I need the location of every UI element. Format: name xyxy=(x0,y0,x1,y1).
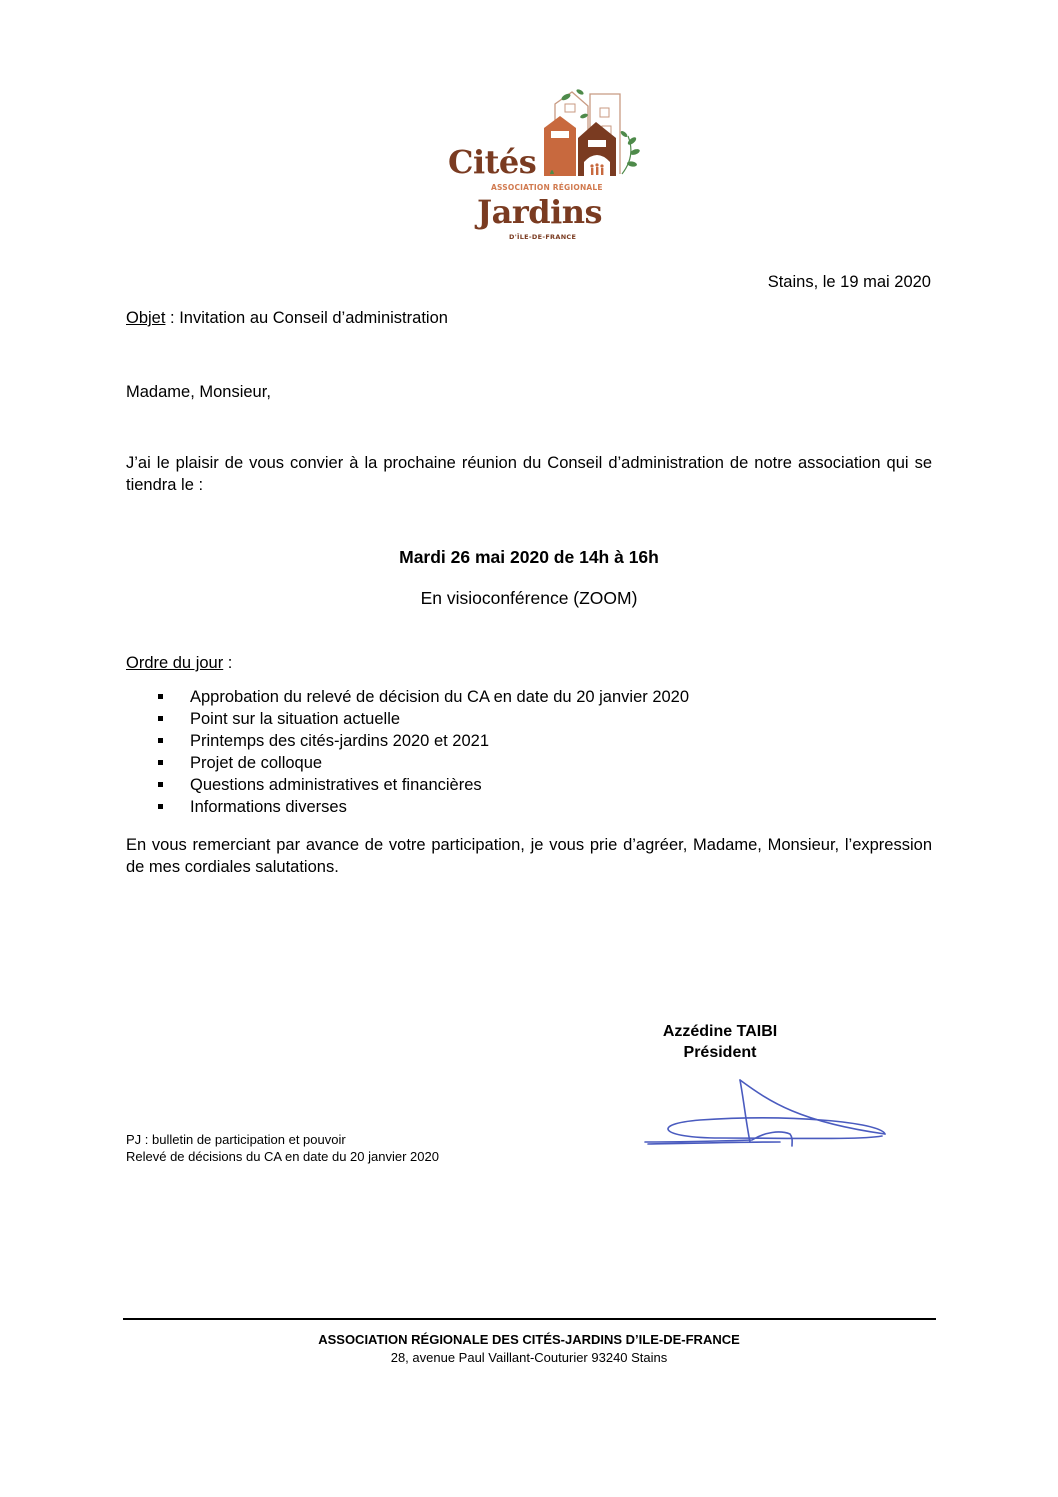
square-bullet-icon xyxy=(158,804,163,809)
logo-name-jardins: Jardins xyxy=(477,193,602,231)
signatory-title: Président xyxy=(620,1042,820,1063)
subject-label: Objet xyxy=(126,309,165,327)
logo-name-cites: Cités xyxy=(448,143,536,181)
agenda-list: Approbation du relevé de décision du CA … xyxy=(158,686,689,818)
signature-icon xyxy=(640,1072,900,1152)
agenda-suffix: : xyxy=(223,654,232,672)
agenda-item-text: Projet de colloque xyxy=(190,754,322,772)
agenda-item-text: Questions administratives et financières xyxy=(190,776,482,794)
subject-line: Objet : Invitation au Conseil d’administ… xyxy=(126,307,448,329)
attachments: PJ : bulletin de participation et pouvoi… xyxy=(126,1131,439,1165)
square-bullet-icon xyxy=(158,782,163,787)
attachment-line: PJ : bulletin de participation et pouvoi… xyxy=(126,1131,439,1148)
attachment-line: Relevé de décisions du CA en date du 20 … xyxy=(126,1148,439,1165)
list-item: Printemps des cités-jardins 2020 et 2021 xyxy=(158,730,689,752)
logo-subtitle-association: ASSOCIATION RÉGIONALE xyxy=(491,183,603,192)
square-bullet-icon xyxy=(158,716,163,721)
logo-subtitle-region: D'ÎLE-DE-FRANCE xyxy=(509,233,576,241)
place-date: Stains, le 19 mai 2020 xyxy=(768,271,931,293)
intro-paragraph: J’ai le plaisir de vous convier à la pro… xyxy=(126,452,932,496)
handwritten-signature xyxy=(640,1072,900,1152)
list-item: Point sur la situation actuelle xyxy=(158,708,689,730)
agenda-heading: Ordre du jour : xyxy=(126,652,232,674)
meeting-date: Mardi 26 mai 2020 de 14h à 16h xyxy=(0,547,1058,568)
list-item: Informations diverses xyxy=(158,796,689,818)
signatory-name: Azzédine TAIBI xyxy=(620,1021,820,1042)
subject-text: : Invitation au Conseil d’administration xyxy=(165,309,447,327)
greeting: Madame, Monsieur, xyxy=(126,381,271,403)
agenda-label: Ordre du jour xyxy=(126,654,223,672)
agenda-item-text: Point sur la situation actuelle xyxy=(190,710,400,728)
square-bullet-icon xyxy=(158,738,163,743)
footer-address: 28, avenue Paul Vaillant-Couturier 93240… xyxy=(0,1350,1058,1365)
list-item: Questions administratives et financières xyxy=(158,774,689,796)
footer-divider xyxy=(123,1318,936,1320)
closing-paragraph: En vous remerciant par avance de votre p… xyxy=(126,834,932,878)
list-item: Approbation du relevé de décision du CA … xyxy=(158,686,689,708)
square-bullet-icon xyxy=(158,694,163,699)
square-bullet-icon xyxy=(158,760,163,765)
footer-organization: ASSOCIATION RÉGIONALE DES CITÉS-JARDINS … xyxy=(0,1332,1058,1347)
agenda-item-text: Approbation du relevé de décision du CA … xyxy=(190,688,689,706)
agenda-item-text: Informations diverses xyxy=(190,798,347,816)
agenda-item-text: Printemps des cités-jardins 2020 et 2021 xyxy=(190,732,489,750)
meeting-mode: En visioconférence (ZOOM) xyxy=(0,588,1058,609)
list-item: Projet de colloque xyxy=(158,752,689,774)
